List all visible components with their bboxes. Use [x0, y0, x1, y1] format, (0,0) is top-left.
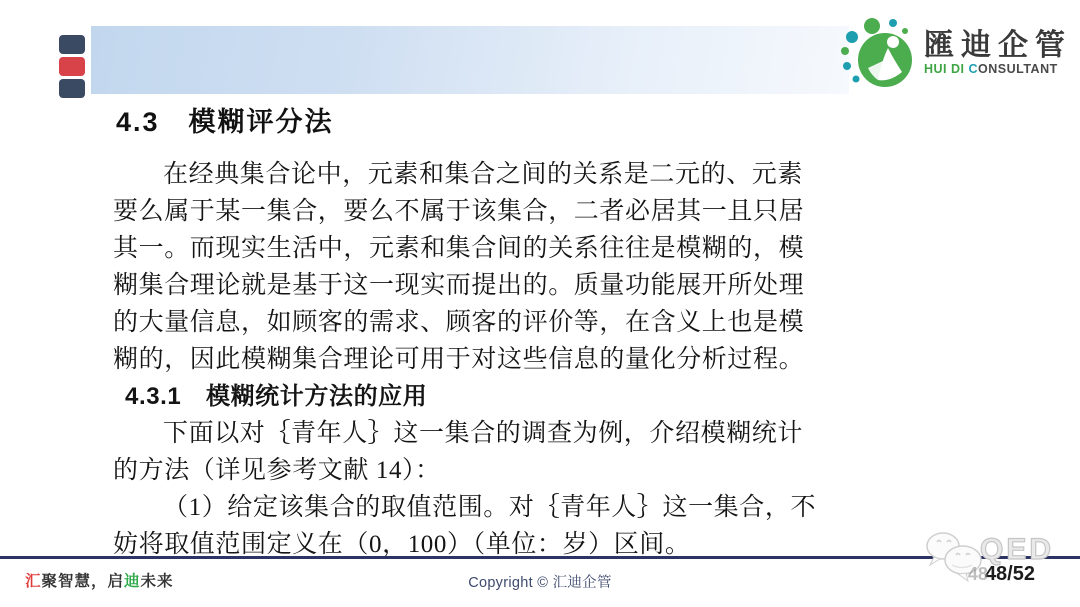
footer-copyright: Copyright © 汇迪企管	[0, 571, 1080, 592]
subsection-heading: 4.3.1 模糊统计方法的应用	[113, 378, 789, 415]
header-gradient-bar	[91, 26, 849, 94]
page-number-value: 48/52	[985, 563, 1035, 585]
body-line: 在经典集合论中，元素和集合之间的关系是二元的、元素	[113, 156, 789, 193]
company-logo: 匯迪企管 HUI DI CONSULTANT	[838, 16, 1072, 90]
body-line: 其一。而现实生活中，元素和集合间的关系往往是模糊的，模	[113, 230, 789, 267]
page-number: 4848/52	[968, 563, 1035, 586]
footer-divider-line	[0, 556, 1080, 559]
page-number-ghost: 48	[968, 564, 988, 584]
body-text: 在经典集合论中，元素和集合之间的关系是二元的、元素要么属于某一集合，要么不属于该…	[113, 156, 789, 563]
presentation-slide: 匯迪企管 HUI DI CONSULTANT 4.3 模糊评分法 在经典集合论中…	[0, 0, 1080, 607]
logo-en-c: C	[968, 62, 978, 76]
body-line: 要么属于某一集合，要么不属于该集合，二者必居其一且只居	[113, 193, 789, 230]
decor-square-navy-bottom	[59, 79, 85, 98]
body-line: 糊的，因此模糊集合理论可用于对这些信息的量化分析过程。	[113, 341, 789, 378]
body-line: 的方法（详见参考文献 14）：	[113, 452, 789, 489]
decor-square-navy-top	[59, 35, 85, 54]
company-logo-text: 匯迪企管 HUI DI CONSULTANT	[924, 30, 1072, 76]
company-logo-icon	[838, 16, 918, 90]
logo-en-onsultant: ONSULTANT	[978, 62, 1058, 76]
page-title: 4.3 模糊评分法	[116, 100, 334, 139]
logo-company-name-en: HUI DI CONSULTANT	[924, 62, 1072, 76]
logo-en-huidi: HUI DI	[924, 62, 968, 76]
decor-square-red	[59, 57, 85, 76]
body-line: 糊集合理论就是基于这一现实而提出的。质量功能展开所处理	[113, 267, 789, 304]
body-line: （1）给定该集合的取值范围。对｛青年人｝这一集合，不	[113, 489, 789, 526]
logo-company-name: 匯迪企管	[924, 30, 1072, 62]
body-line: 下面以对｛青年人｝这一集合的调查为例，介绍模糊统计	[113, 415, 789, 452]
body-line: 的大量信息，如顾客的需求、顾客的评价等，在含义上也是模	[113, 304, 789, 341]
qed-watermark-text: QED	[980, 533, 1054, 567]
